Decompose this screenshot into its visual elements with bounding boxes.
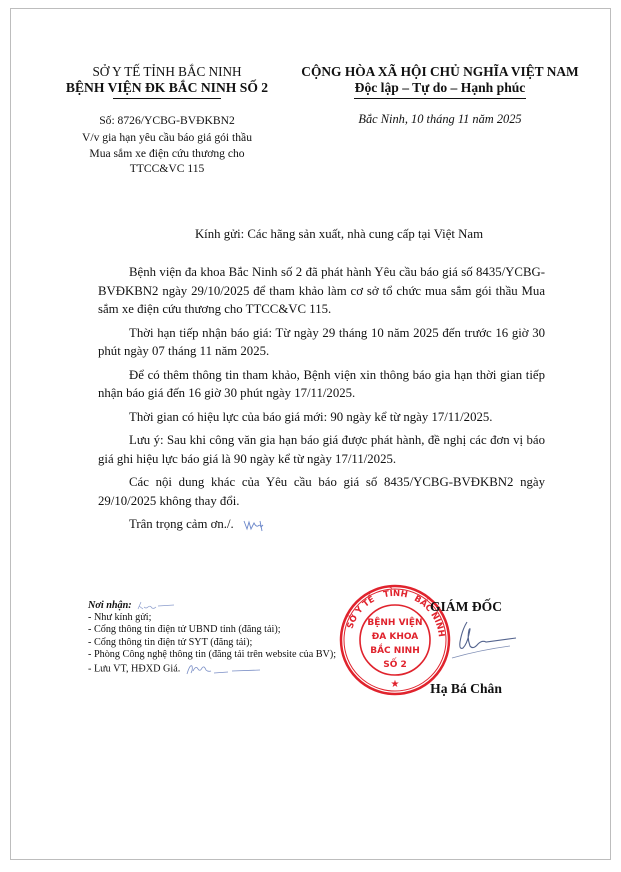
- closing-text: Trân trọng cảm ơn./.: [129, 517, 234, 531]
- body-paragraph: Để có thêm thông tin tham khảo, Bệnh việ…: [98, 366, 545, 403]
- reference-number: Số: 8726/YCBG-BVĐKBN2: [99, 114, 235, 127]
- stamp-inner-line: ĐA KHOA: [372, 632, 419, 642]
- subject-line: Mua sắm xe điện cứu thương cho: [82, 146, 252, 162]
- recipients-list: - Như kính gửi; - Cổng thông tin điện tử…: [88, 612, 336, 676]
- nation-title: CỘNG HÒA XÃ HỘI CHỦ NGHĨA VIỆT NAM: [301, 64, 578, 80]
- signer-name: Hạ Bá Chân: [430, 681, 502, 697]
- recipient-item: - Lưu VT, HĐXD Giá.: [88, 662, 336, 676]
- motto-underline: [354, 98, 526, 99]
- stamp-inner-line: BỆNH VIỆN: [367, 617, 422, 628]
- signer-title: GIÁM ĐỐC: [430, 599, 502, 615]
- recipients-title: Nơi nhận:: [88, 600, 176, 611]
- stamp-inner-line: SỐ 2: [383, 657, 407, 670]
- star-icon: ★: [391, 679, 400, 690]
- subject-line: V/v gia hạn yêu cầu báo giá gói thầu: [82, 130, 252, 146]
- body-paragraph: Các nội dung khác của Yêu cầu báo giá số…: [98, 473, 545, 510]
- letter-body: Bệnh viện đa khoa Bắc Ninh số 2 đã phát …: [98, 263, 545, 539]
- recipient-item: - Phòng Công nghệ thông tin (đăng tải tr…: [88, 649, 336, 661]
- svg-text:TỈNH: TỈNH: [383, 587, 409, 600]
- department-name: SỞ Y TẾ TỈNH BẮC NINH: [92, 64, 241, 80]
- initial-signature-icon: [243, 518, 267, 532]
- body-paragraph: Thời hạn tiếp nhận báo giá: Từ ngày 29 t…: [98, 324, 545, 361]
- recipients-title-text: Nơi nhận:: [88, 600, 132, 611]
- recipient-item: - Như kính gửi;: [88, 612, 336, 624]
- recipient-item: - Cổng thông tin điện tử UBND tỉnh (đăng…: [88, 624, 336, 636]
- place-date: Bắc Ninh, 10 tháng 11 năm 2025: [358, 112, 521, 127]
- recipient-item: - Cổng thông tin điện tử SYT (đăng tải);: [88, 637, 336, 649]
- body-paragraph: Bệnh viện đa khoa Bắc Ninh số 2 đã phát …: [98, 263, 545, 319]
- subject-block: V/v gia hạn yêu cầu báo giá gói thầu Mua…: [82, 130, 252, 177]
- body-paragraph: Lưu ý: Sau khi công văn gia hạn báo giá …: [98, 431, 545, 468]
- body-paragraph: Thời gian có hiệu lực của báo giá mới: 9…: [98, 408, 545, 427]
- national-motto: Độc lập – Tự do – Hạnh phúc: [355, 80, 526, 96]
- recipient-item-text: - Lưu VT, HĐXD Giá.: [88, 663, 180, 674]
- organization-name: BỆNH VIỆN ĐK BẮC NINH SỐ 2: [66, 80, 268, 96]
- subject-line: TTCC&VC 115: [82, 161, 252, 177]
- director-signature-icon: [450, 620, 520, 662]
- closing-line: Trân trọng cảm ơn./.: [98, 515, 545, 534]
- stamp-inner-line: BẮC NINH: [370, 643, 420, 656]
- initial-signature-icon: [136, 601, 176, 611]
- greeting: Kính gửi: Các hãng sản xuất, nhà cung cấ…: [195, 227, 483, 242]
- initial-signature-icon: [184, 662, 264, 676]
- organization-underline: [113, 98, 221, 99]
